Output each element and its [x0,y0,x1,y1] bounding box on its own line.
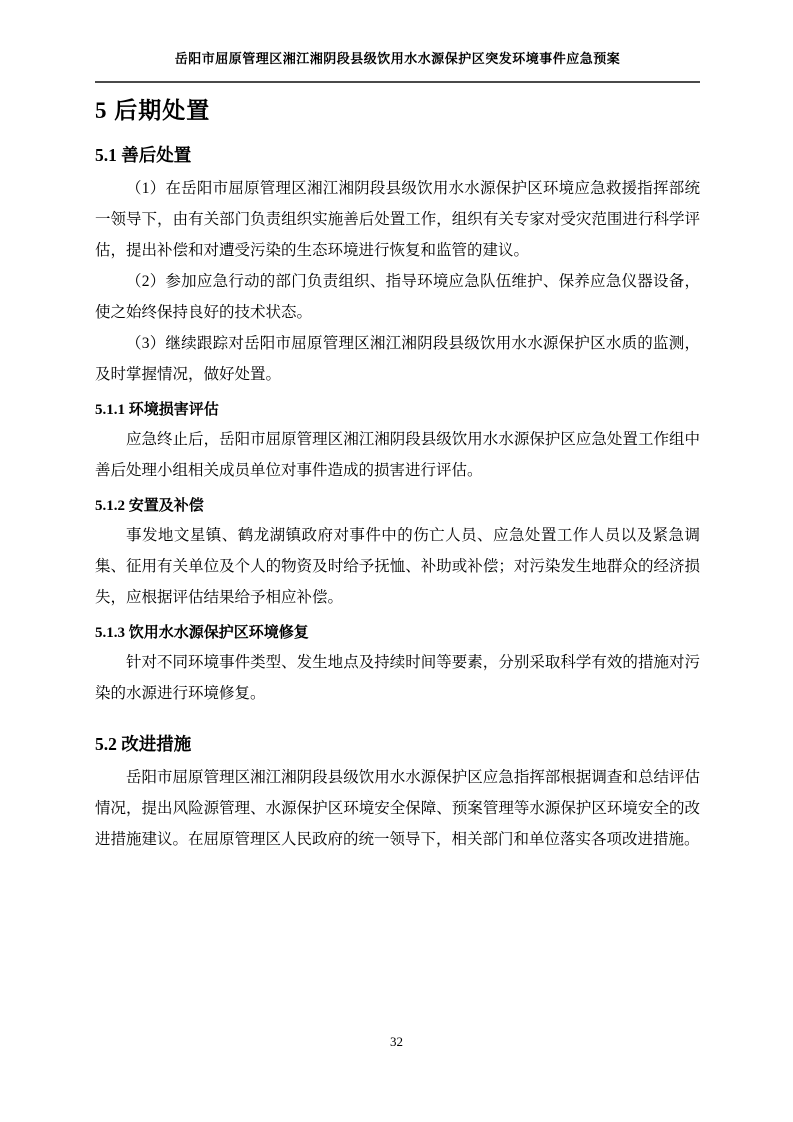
section-heading-5-1: 5.1 善后处置 [95,142,700,168]
document-page: 岳阳市屈原管理区湘江湘阴段县级饮用水水源保护区突发环境事件应急预案 5 后期处置… [0,0,793,1122]
paragraph-5-1-item-2: （2）参加应急行动的部门负责组织、指导环境应急队伍维护、保养应急仪器设备，使之始… [95,266,700,328]
header-rule [95,81,700,83]
section-heading-5-1-2: 5.1.2 安置及补偿 [95,493,700,519]
section-heading-5-1-1: 5.1.1 环境损害评估 [95,397,700,423]
section-heading-5-2: 5.2 改进措施 [95,731,700,757]
running-header: 岳阳市屈原管理区湘江湘阴段县级饮用水水源保护区突发环境事件应急预案 [95,50,700,83]
paragraph-5-1-1: 应急终止后，岳阳市屈原管理区湘江湘阴段县级饮用水水源保护区应急处置工作组中善后处… [95,424,700,486]
paragraph-5-1-item-3: （3）继续跟踪对岳阳市屈原管理区湘江湘阴段县级饮用水水源保护区水质的监测，及时掌… [95,328,700,390]
page-number: 32 [0,1034,793,1050]
paragraph-5-2: 岳阳市屈原管理区湘江湘阴段县级饮用水水源保护区应急指挥部根据调查和总结评估情况，… [95,762,700,855]
header-title: 岳阳市屈原管理区湘江湘阴段县级饮用水水源保护区突发环境事件应急预案 [95,50,700,68]
paragraph-5-1-3: 针对不同环境事件类型、发生地点及持续时间等要素，分别采取科学有效的措施对污染的水… [95,647,700,709]
chapter-heading: 5 后期处置 [95,95,700,127]
section-heading-5-1-3: 5.1.3 饮用水水源保护区环境修复 [95,620,700,646]
paragraph-5-1-2: 事发地文星镇、鹤龙湖镇政府对事件中的伤亡人员、应急处置工作人员以及紧急调集、征用… [95,520,700,613]
paragraph-5-1-item-1: （1）在岳阳市屈原管理区湘江湘阴段县级饮用水水源保护区环境应急救援指挥部统一领导… [95,173,700,266]
